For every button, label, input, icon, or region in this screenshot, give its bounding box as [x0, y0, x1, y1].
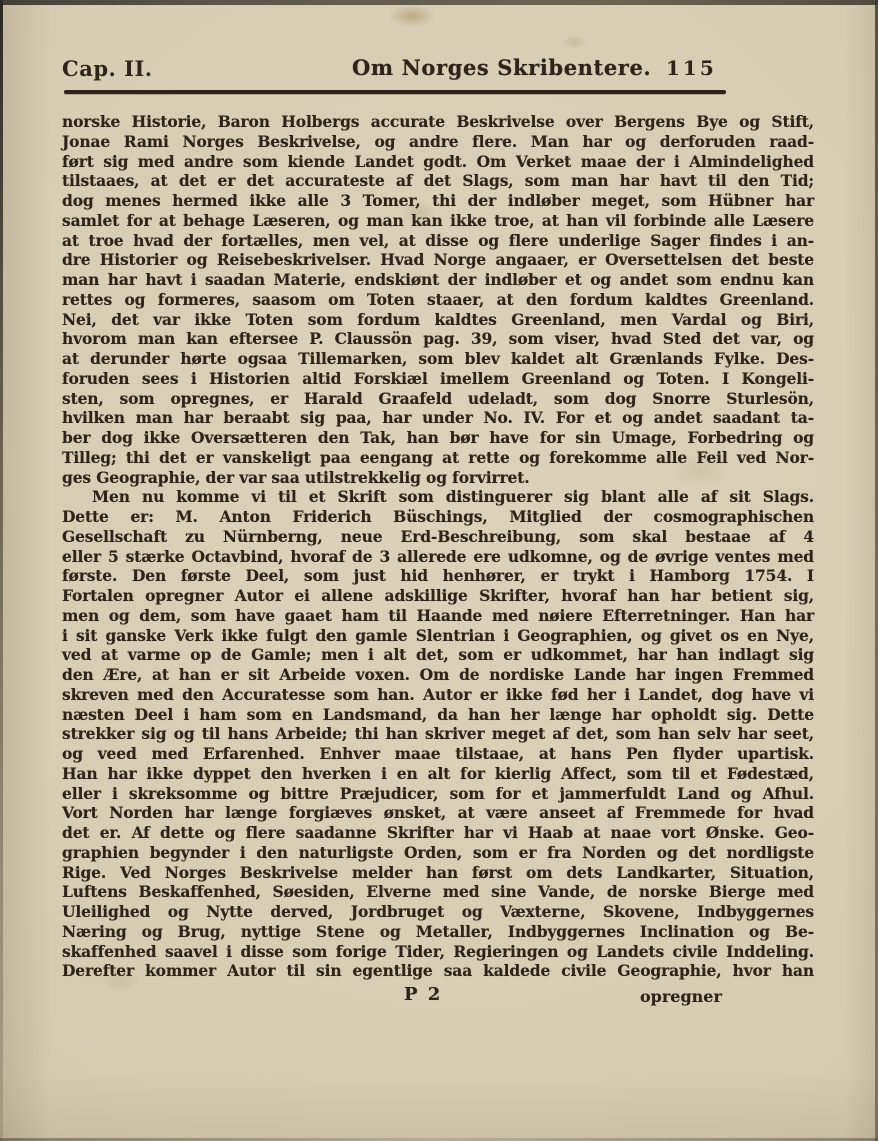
text-line: det er. Af dette og flere saadanne Skrif… [62, 823, 814, 843]
text-line: skreven med den Accuratesse som han. Aut… [62, 685, 814, 705]
text-line: norske Historie, Baron Holbergs accurate… [62, 112, 814, 132]
text-line: Nei, det var ikke Toten som fordum kaldt… [62, 310, 814, 330]
text-line: tilstaaes, at det er det accurateste af … [62, 171, 814, 191]
paragraph: Men nu komme vi til et Skrift som distin… [62, 487, 814, 981]
text-line: skaffenhed saavel i disse som forige Tid… [62, 942, 814, 962]
text-line: ført sig med andre som kiende Landet god… [62, 152, 814, 172]
text-line: Tilleg; thi det er vanskeligt paa eengan… [62, 448, 814, 468]
text-line: næsten Deel i ham som en Landsmand, da h… [62, 705, 814, 725]
text-line: men og dem, som have gaaet ham til Haand… [62, 606, 814, 626]
text-line: eller 5 stærke Octavbind, hvoraf de 3 al… [62, 547, 814, 567]
text-line: i sit ganske Verk ikke fulgt den gamle S… [62, 626, 814, 646]
text-line: ved at varme op de Gamle; men i alt det,… [62, 645, 814, 665]
text-line: Dette er: M. Anton Friderich Büschings, … [62, 507, 814, 527]
text-line: Fortalen opregner Autor ei allene adskil… [62, 586, 814, 606]
text-line: at troe hvad der fortælles, men vel, at … [62, 231, 814, 251]
signature-mark: P 2 [404, 984, 442, 1005]
catchword: opregner [640, 987, 722, 1006]
text-block: norske Historie, Baron Holbergs accurate… [62, 112, 814, 981]
text-line: at derunder hørte ogsaa Tillemarken, som… [62, 349, 814, 369]
text-line: og veed med Erfarenhed. Enhver maae tils… [62, 744, 814, 764]
scan-edge-left [0, 0, 3, 1141]
running-title: Om Norges Skribentere. [352, 55, 651, 80]
text-line: samlet for at behage Læseren, og man kan… [62, 211, 814, 231]
text-line: sten, som opregnes, er Harald Graafeld u… [62, 389, 814, 409]
text-line: Næring og Brug, nyttige Stene og Metalle… [62, 922, 814, 942]
text-line: dog menes hermed ikke alle 3 Tomer, thi … [62, 191, 814, 211]
text-line: dre Historier og Reisebeskrivelser. Hvad… [62, 250, 814, 270]
book-page-scan: Cap. II. Om Norges Skribentere. 115 nors… [0, 0, 878, 1141]
chapter-label: Cap. II. [62, 56, 153, 81]
text-line: ber dog ikke Oversætteren den Tak, han b… [62, 428, 814, 448]
text-line: Vort Norden har længe forgiæves ønsket, … [62, 803, 814, 823]
text-line: Rige. Ved Norges Beskrivelse melder han … [62, 863, 814, 883]
text-line: graphien begynder i den naturligste Orde… [62, 843, 814, 863]
text-line: Han har ikke dyppet den hverken i en alt… [62, 764, 814, 784]
text-line: foruden sees i Historien altid Forskiæl … [62, 369, 814, 389]
text-line: Luftens Beskaffenhed, Søesiden, Elverne … [62, 882, 814, 902]
text-line: Jonae Rami Norges Beskrivelse, og andre … [62, 132, 814, 152]
text-line: strekker sig og til hans Arbeide; thi ha… [62, 724, 814, 744]
text-line: Gesellschaft zu Nürnberng, neue Erd-Besc… [62, 527, 814, 547]
text-line: eller i skreksomme og bittre Præjudicer,… [62, 784, 814, 804]
page-number: 115 [666, 56, 717, 80]
scan-edge-top [0, 0, 878, 5]
text-line: Uleilighed og Nytte derved, Jordbruget o… [62, 902, 814, 922]
text-line: Derefter kommer Autor til sin egentlige … [62, 961, 814, 981]
text-line: Men nu komme vi til et Skrift som distin… [62, 487, 814, 507]
text-line: rettes og formeres, saasom om Toten staa… [62, 290, 814, 310]
paragraph: norske Historie, Baron Holbergs accurate… [62, 112, 814, 487]
text-line: man har havt i saadan Materie, endskiønt… [62, 270, 814, 290]
text-line: første. Den første Deel, som just hid he… [62, 566, 814, 586]
text-line: den Ære, at han er sit Arbeide voxen. Om… [62, 665, 814, 685]
header-rule [64, 90, 726, 94]
text-line: ges Geographie, der var saa utilstrekkel… [62, 468, 814, 488]
text-line: hvilken man har beraabt sig paa, har und… [62, 408, 814, 428]
text-line: hvorom man kan eftersee P. Claussön pag.… [62, 329, 814, 349]
